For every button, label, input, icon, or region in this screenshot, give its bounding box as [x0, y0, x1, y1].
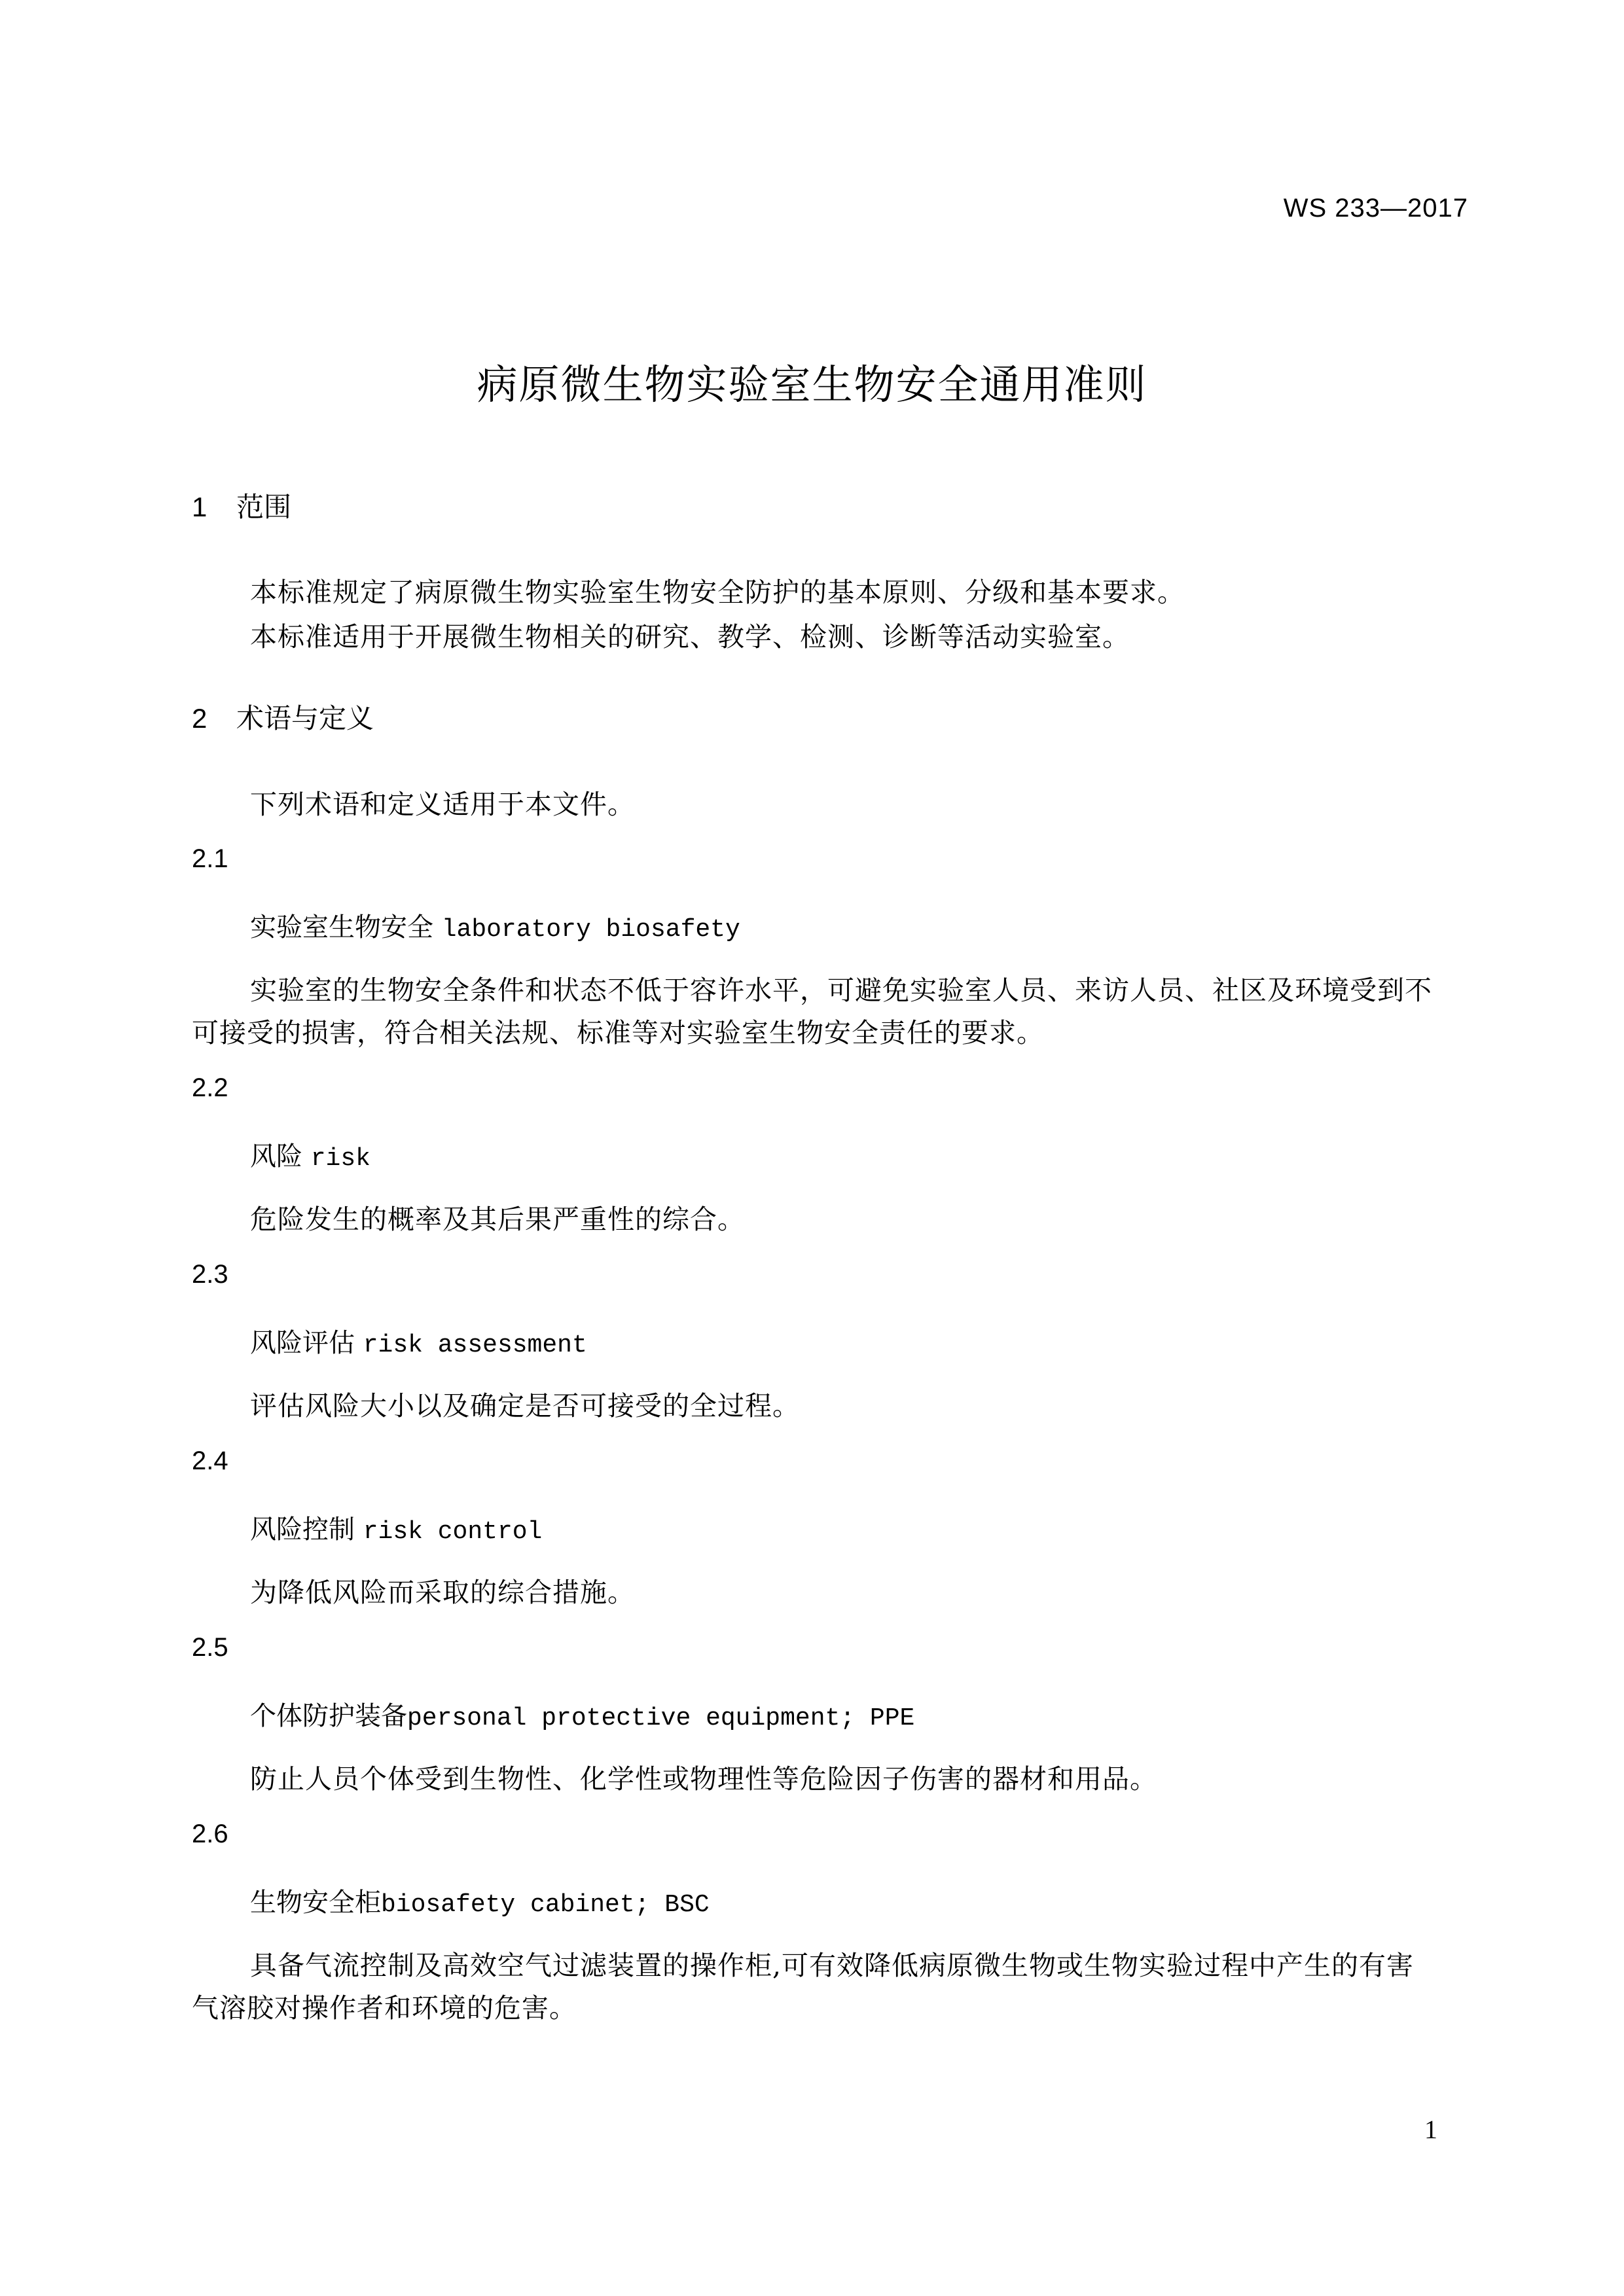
- term-en: laboratory biosafety: [442, 916, 740, 944]
- term-zh: 风险评估: [250, 1328, 355, 1358]
- term-zh: 实验室生物安全: [250, 912, 433, 942]
- term-zh: 个体防护装备: [250, 1701, 407, 1731]
- term-definition-line: 评估风险大小以及确定是否可接受的全过程。: [250, 1384, 800, 1423]
- term-entry: 生物安全柜biosafety cabinet; BSC: [250, 1882, 710, 1919]
- term-en: risk assessment: [363, 1331, 587, 1359]
- clause-number: 2.2: [192, 1073, 228, 1103]
- term-entry: 风险评估 risk assessment: [250, 1322, 587, 1359]
- term-entry: 风险控制 risk control: [250, 1509, 542, 1546]
- clause-number: 2.1: [192, 844, 228, 874]
- term-entry: 实验室生物安全 laboratory biosafety: [250, 906, 740, 944]
- term-zh: 风险: [250, 1141, 302, 1172]
- term-definition-line: 为降低风险而采取的综合措施。: [250, 1571, 635, 1609]
- term-zh: 风险控制: [250, 1515, 355, 1545]
- term-en: risk control: [363, 1518, 543, 1546]
- section-heading-scope: 1范围: [192, 486, 291, 525]
- section-title: 范围: [236, 491, 291, 523]
- page-number: 1: [1424, 2114, 1437, 2145]
- term-definition-line: 气溶胶对操作者和环境的危害。: [192, 1986, 577, 2025]
- standard-code: WS 233—2017: [1284, 194, 1468, 223]
- term-entry: 风险 risk: [250, 1136, 370, 1173]
- clause-number: 2.3: [192, 1260, 228, 1289]
- scope-paragraph-2: 本标准适用于开展微生物相关的研究、教学、检测、诊断等活动实验室。: [250, 615, 1130, 654]
- term-definition-line: 实验室的生物安全条件和状态不低于容许水平，可避免实验室人员、来访人员、社区及环境…: [250, 969, 1432, 1007]
- term-definition-line: 可接受的损害，符合相关法规、标准等对实验室生物安全责任的要求。: [192, 1011, 1044, 1050]
- clause-number: 2.6: [192, 1820, 228, 1849]
- section-title: 术语与定义: [236, 702, 374, 734]
- term-en: risk: [311, 1145, 370, 1173]
- term-definition-line: 危险发生的概率及其后果严重性的综合。: [250, 1198, 745, 1236]
- term-zh: 生物安全柜: [250, 1888, 381, 1918]
- term-definition-line: 具备气流控制及高效空气过滤装置的操作柜,可有效降低病原微生物或生物实验过程中产生…: [250, 1944, 1414, 1982]
- document-title: 病原微生物实验室生物安全通用准则: [0, 352, 1624, 410]
- term-definition-line: 防止人员个体受到生物性、化学性或物理性等危险因子伤害的器材和用品。: [250, 1757, 1157, 1796]
- term-entry: 个体防护装备personal protective equipment; PPE: [250, 1695, 914, 1732]
- terms-intro: 下列术语和定义适用于本文件。: [250, 783, 635, 821]
- section-number: 2: [192, 703, 236, 734]
- term-en: personal protective equipment; PPE: [407, 1704, 914, 1732]
- term-en: biosafety cabinet; BSC: [381, 1891, 710, 1919]
- scope-paragraph-1: 本标准规定了病原微生物实验室生物安全防护的基本原则、分级和基本要求。: [250, 571, 1185, 609]
- clause-number: 2.4: [192, 1446, 228, 1476]
- section-number: 1: [192, 492, 236, 523]
- clause-number: 2.5: [192, 1633, 228, 1662]
- section-heading-terms: 2术语与定义: [192, 697, 374, 736]
